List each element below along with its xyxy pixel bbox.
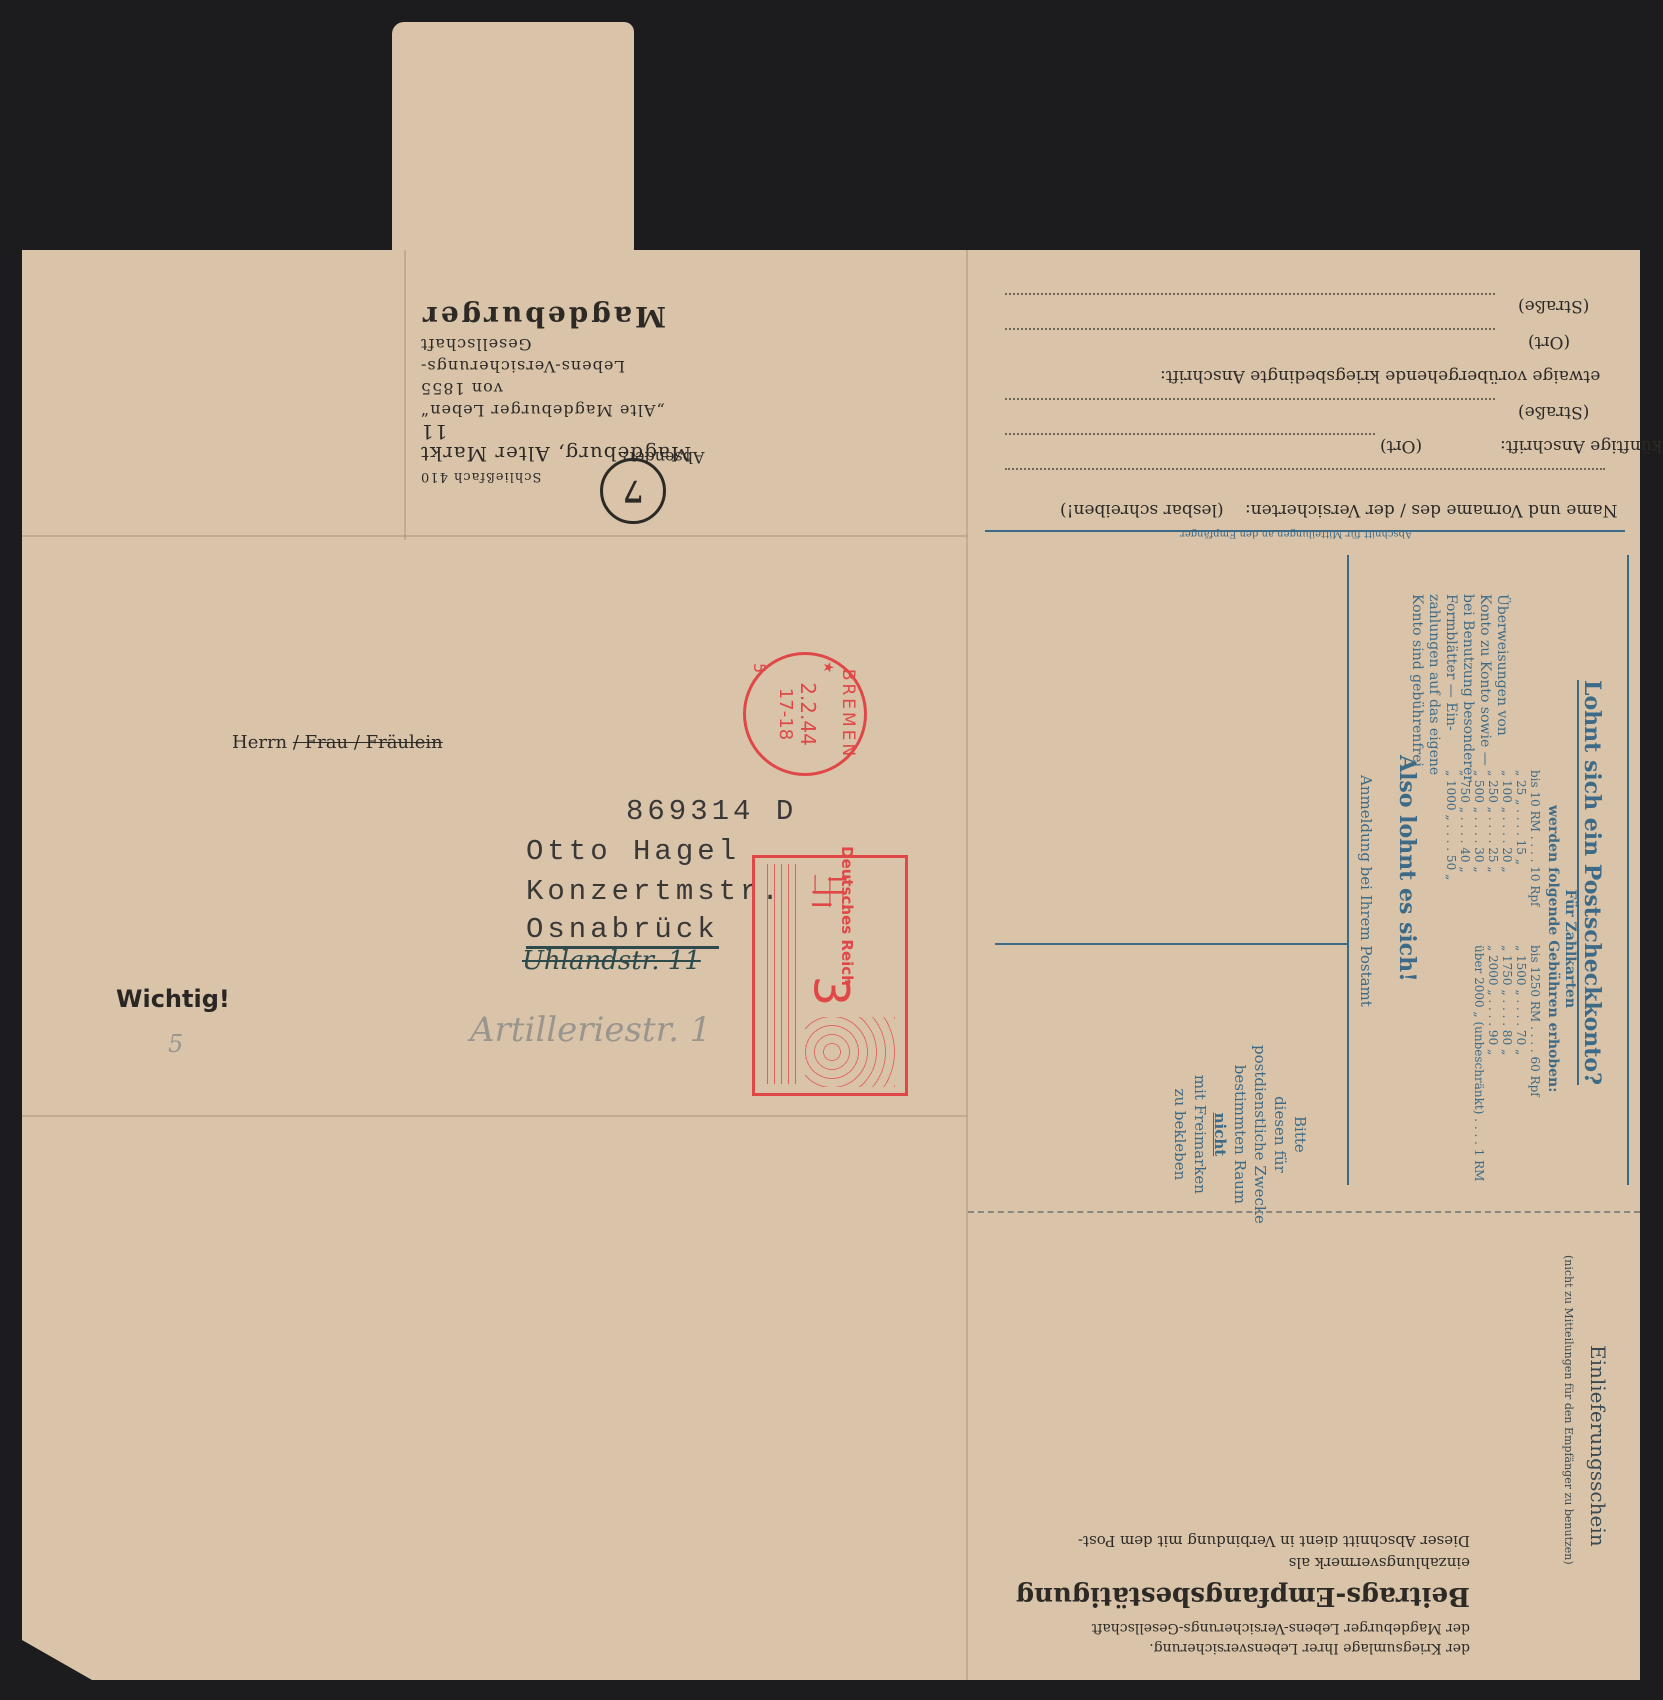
receipt-body: der Kriegsumlage Ihrer Lebensversicherun… xyxy=(1000,1530,1470,1658)
recipient-old-street: Uhlandstr. 11 xyxy=(522,946,701,976)
fold-line xyxy=(22,535,967,537)
stamp-notice: Bitte diesen für postdienstliche Zwecke … xyxy=(1170,1045,1310,1224)
recipient-occupation: Konzertmstr. xyxy=(526,875,783,908)
fee-row: bis 10 RM . . . . 10 Rpf xyxy=(1528,770,1542,906)
postmark-city: BREMEN xyxy=(838,655,858,773)
street-2-field[interactable] xyxy=(1005,293,1495,295)
envelope-flap-tab xyxy=(392,22,634,262)
fold-line xyxy=(404,250,406,540)
fold-line xyxy=(22,1115,967,1117)
postcheck-left-text: Überweisungen von Konto zu Konto sowie —… xyxy=(1408,594,1510,782)
meter-stamp: 卐 Deutsches Reich 3 xyxy=(752,855,908,1096)
street-field[interactable] xyxy=(1005,398,1495,400)
stamp-country: Deutsches Reich xyxy=(839,846,855,986)
bremen-postmark: BREMEN 2.2.44 17-18 5 ★ xyxy=(743,652,867,776)
fee-table-header: Für Zahlkarten werden folgende Gebühren … xyxy=(1544,805,1578,1092)
important-label: Wichtig! xyxy=(116,985,230,1013)
fee-row: „ 1500 „ . . . . 70 „ xyxy=(1514,945,1528,1181)
pencil-number: 5 xyxy=(168,1030,183,1058)
fee-row: „ 750 „ . . . . 40 „ xyxy=(1458,770,1472,906)
postmark-time: 17-18 xyxy=(775,655,796,773)
stamp-value: 3 xyxy=(802,976,858,1007)
fee-row: „ 2000 „ . . . . 90 „ xyxy=(1486,945,1500,1181)
fee-row: „ 25 „ . . . . 15 „ xyxy=(1514,770,1528,906)
place-label: (Ort) xyxy=(1380,436,1422,456)
fee-row: „ 1750 „ . . . . 80 „ xyxy=(1500,945,1514,1181)
fee-row: „ 100 „ . . . . 20 „ xyxy=(1500,770,1514,906)
divider-vertical xyxy=(1627,555,1629,1185)
receipt-side-note: (nicht zu Mitteilungen für den Empfänger… xyxy=(1562,1255,1575,1565)
salutation-struck: / Frau / Fräulein xyxy=(293,732,443,753)
place-label-2: (Ort) xyxy=(1528,332,1570,352)
postcheck-title: Lohnt sich ein Postscheckkonto? xyxy=(1577,680,1605,1085)
place-2-field[interactable] xyxy=(1005,328,1495,330)
perforation-line[interactable] xyxy=(968,1211,1640,1213)
salutation: Herrn / Frau / Fräulein xyxy=(232,732,443,753)
name-label: Name und Vorname des / der Versicherten: xyxy=(1245,500,1618,520)
sender-company-alt: „Alte Magdeburger Leben“ von 1855 xyxy=(420,377,700,421)
sender-company-name: Magdeburger xyxy=(420,300,700,333)
divider-vertical xyxy=(1347,555,1349,1185)
fee-row: „ 1000 „ . . . . 50 „ xyxy=(1444,770,1458,906)
salutation-herrn: Herrn xyxy=(232,732,287,753)
company-logo-icon: 7 xyxy=(600,458,666,524)
recipient-city: Osnabrück xyxy=(526,913,719,949)
recipient-name: Otto Hagel xyxy=(526,835,740,868)
place-field[interactable] xyxy=(1005,433,1375,435)
postmark-date: 2.2.44 xyxy=(796,655,820,773)
fee-row: über 2000 „ (unbeschränkt) . . . . 1 RM xyxy=(1472,945,1486,1181)
street-label-2: (Straße) xyxy=(1518,296,1589,316)
fee-row: „ 500 „ . . . . 30 „ xyxy=(1472,770,1486,906)
receipt-side-title: Einlieferungsschein xyxy=(1586,1345,1610,1547)
street-label: (Straße) xyxy=(1518,402,1589,422)
temporary-address-label: etwaige vorübergehende kriegsbedingte An… xyxy=(1160,366,1600,386)
fee-row: bis 1250 RM . . . . 60 Rpf xyxy=(1528,945,1542,1181)
pencil-new-street: Artilleriestr. 1 xyxy=(470,1010,711,1050)
eagle-wing-icon xyxy=(805,1017,895,1087)
divider-horizontal xyxy=(995,943,1349,945)
registration-text: Anmeldung bei Ihrem Postamt xyxy=(1357,775,1375,1007)
fold-line-center xyxy=(966,250,968,1680)
star-icon: ★ xyxy=(820,661,836,674)
sender-company-type: Lebens-Versicherungs-Gesellschaft xyxy=(420,333,700,377)
fee-table-left: bis 10 RM . . . . 10 Rpf„ 25 „ . . . . 1… xyxy=(1444,770,1542,906)
fee-row: „ 250 „ . . . . 25 „ xyxy=(1486,770,1500,906)
account-number: 869314 D xyxy=(626,795,797,828)
conclusion-text: Also lohnt es sich! xyxy=(1394,755,1420,982)
name-field[interactable] xyxy=(1005,468,1605,470)
postmark-number: 5 xyxy=(750,663,769,673)
fee-table-right: bis 1250 RM . . . . 60 Rpf„ 1500 „ . . .… xyxy=(1472,945,1542,1181)
future-address-label: künftige Anschrift: xyxy=(1500,436,1662,456)
section-header: Abschnitt für Mitteilungen an den Empfän… xyxy=(1180,528,1412,539)
stamp-stripes xyxy=(761,864,801,1084)
name-hint: (lesbar schreiben!) xyxy=(1060,500,1224,520)
